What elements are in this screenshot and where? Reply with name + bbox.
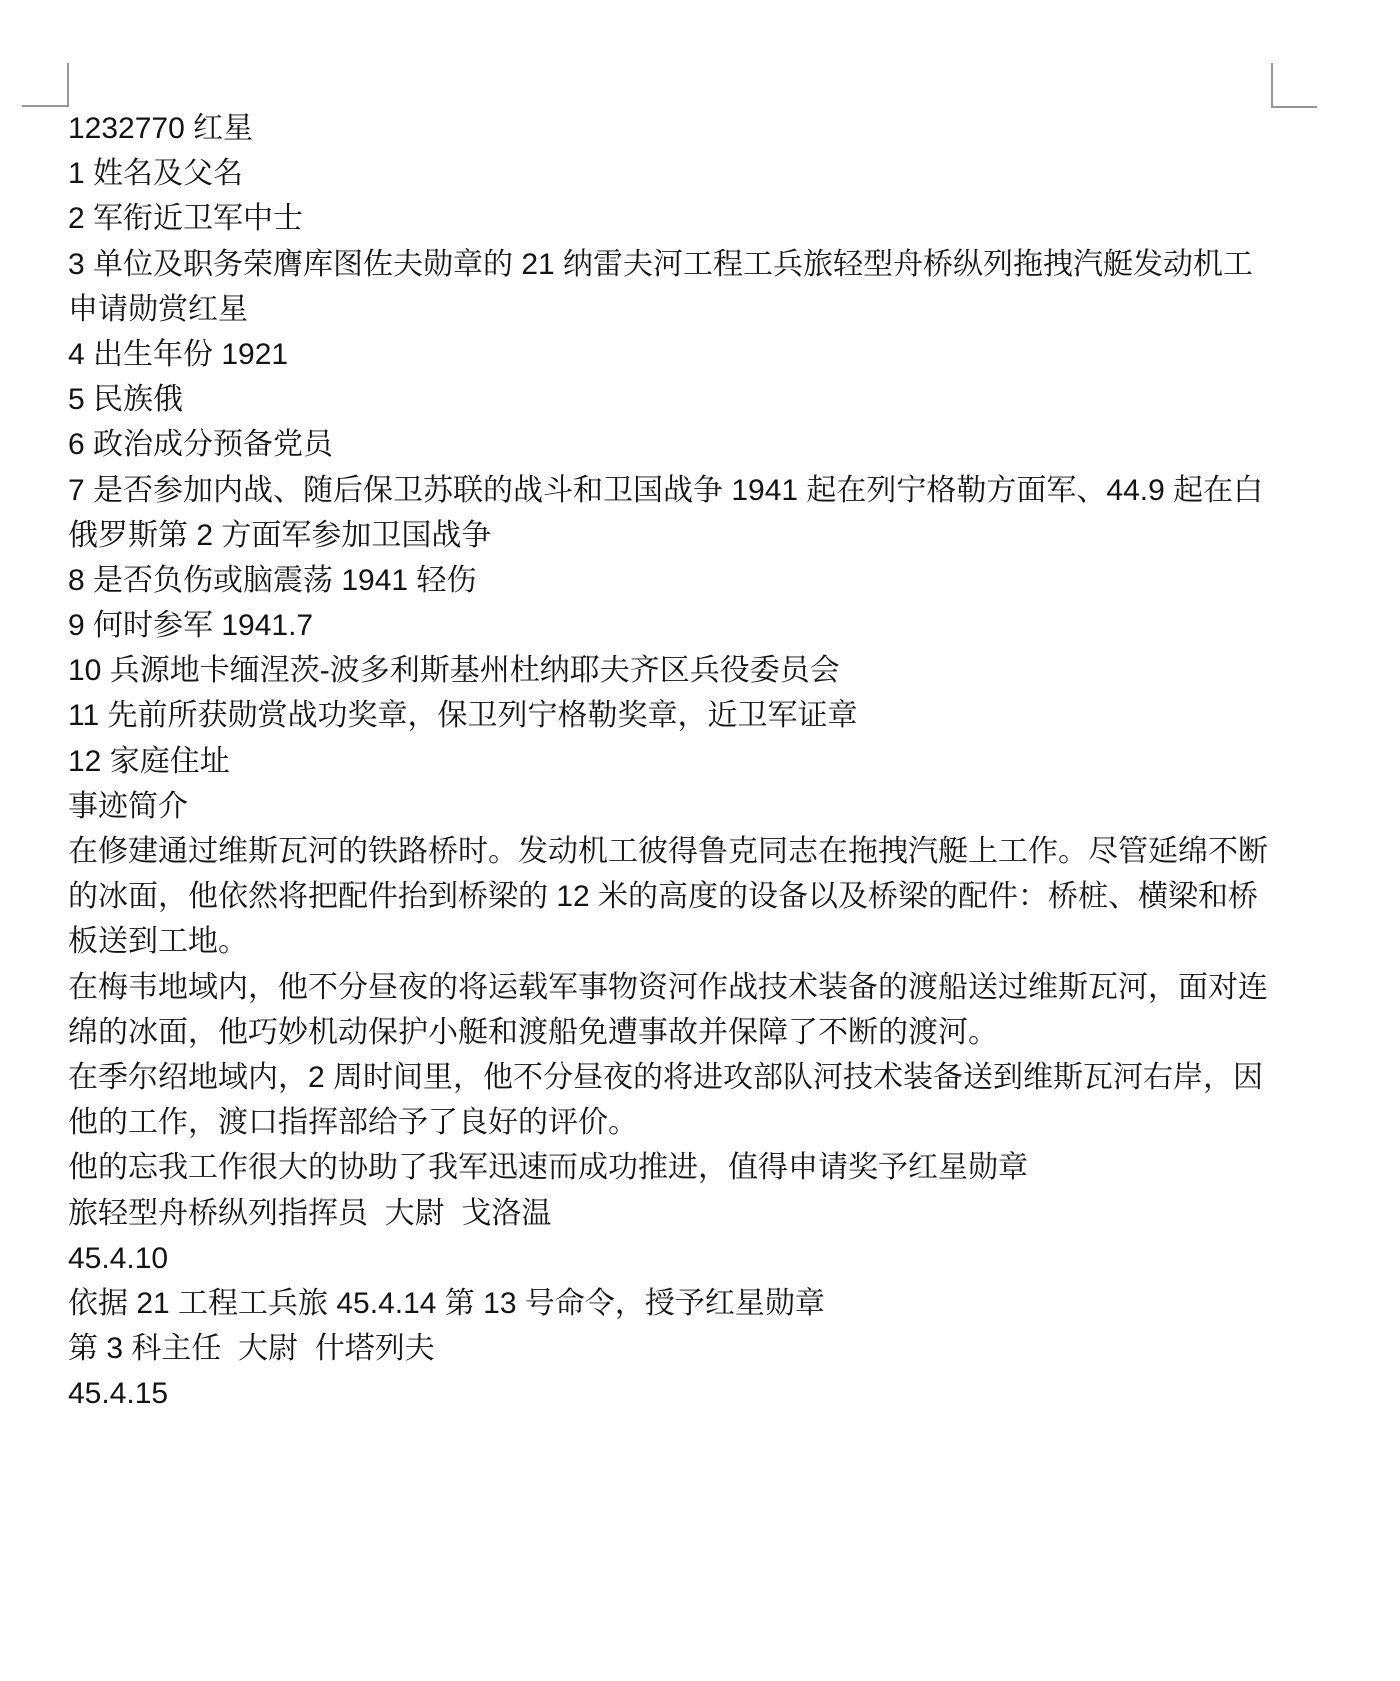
text-line: 1232770 红星 [68,106,1272,151]
text-line: 5 民族俄 [68,377,1272,422]
document-page: 1232770 红星1 姓名及父名2 军衔近卫军中士3 单位及职务荣膺库图佐夫勋… [0,0,1400,1681]
text-line: 事迹简介 [68,784,1272,829]
text-line: 在季尔绍地域内，2 周时间里，他不分昼夜的将进攻部队河技术装备送到维斯瓦河右岸，… [68,1055,1272,1100]
text-line: 11 先前所获勋赏战功奖章，保卫列宁格勒奖章，近卫军证章 [68,693,1272,738]
text-line: 45.4.10 [68,1236,1272,1281]
text-line: 他的工作，渡口指挥部给予了良好的评价。 [68,1100,1272,1145]
text-line: 8 是否负伤或脑震荡 1941 轻伤 [68,558,1272,603]
crop-mark-icon [1271,106,1317,108]
crop-mark-icon [1271,63,1273,108]
crop-mark-icon [67,63,69,106]
document-text: 1232770 红星1 姓名及父名2 军衔近卫军中士3 单位及职务荣膺库图佐夫勋… [68,106,1272,1416]
text-line: 第 3 科主任 大尉 什塔列夫 [68,1326,1272,1371]
text-line: 旅轻型舟桥纵列指挥员 大尉 戈洛温 [68,1191,1272,1236]
text-line: 依据 21 工程工兵旅 45.4.14 第 13 号命令，授予红星勋章 [68,1281,1272,1326]
text-line: 9 何时参军 1941.7 [68,603,1272,648]
text-line: 4 出生年份 1921 [68,332,1272,377]
text-line: 2 军衔近卫军中士 [68,196,1272,241]
text-line: 12 家庭住址 [68,739,1272,784]
text-line: 10 兵源地卡缅涅茨-波多利斯基州杜纳耶夫齐区兵役委员会 [68,648,1272,693]
text-line: 绵的冰面，他巧妙机动保护小艇和渡船免遭事故并保障了不断的渡河。 [68,1010,1272,1055]
text-line: 1 姓名及父名 [68,151,1272,196]
text-line: 板送到工地。 [68,919,1272,964]
text-line: 在梅韦地域内，他不分昼夜的将运载军事物资河作战技术装备的渡船送过维斯瓦河，面对连 [68,965,1272,1010]
text-line: 6 政治成分预备党员 [68,422,1272,467]
text-line: 申请勋赏红星 [68,287,1272,332]
crop-mark-icon [22,105,69,107]
text-line: 7 是否参加内战、随后保卫苏联的战斗和卫国战争 1941 起在列宁格勒方面军、4… [68,468,1272,513]
text-line: 他的忘我工作很大的协助了我军迅速而成功推进，值得申请奖予红星勋章 [68,1145,1272,1190]
text-line: 在修建通过维斯瓦河的铁路桥时。发动机工彼得鲁克同志在拖拽汽艇上工作。尽管延绵不断 [68,829,1272,874]
text-line: 的冰面，他依然将把配件抬到桥梁的 12 米的高度的设备以及桥梁的配件：桥桩、横梁… [68,874,1272,919]
text-line: 3 单位及职务荣膺库图佐夫勋章的 21 纳雷夫河工程工兵旅轻型舟桥纵列拖拽汽艇发… [68,242,1272,287]
text-line: 45.4.15 [68,1371,1272,1416]
text-line: 俄罗斯第 2 方面军参加卫国战争 [68,513,1272,558]
